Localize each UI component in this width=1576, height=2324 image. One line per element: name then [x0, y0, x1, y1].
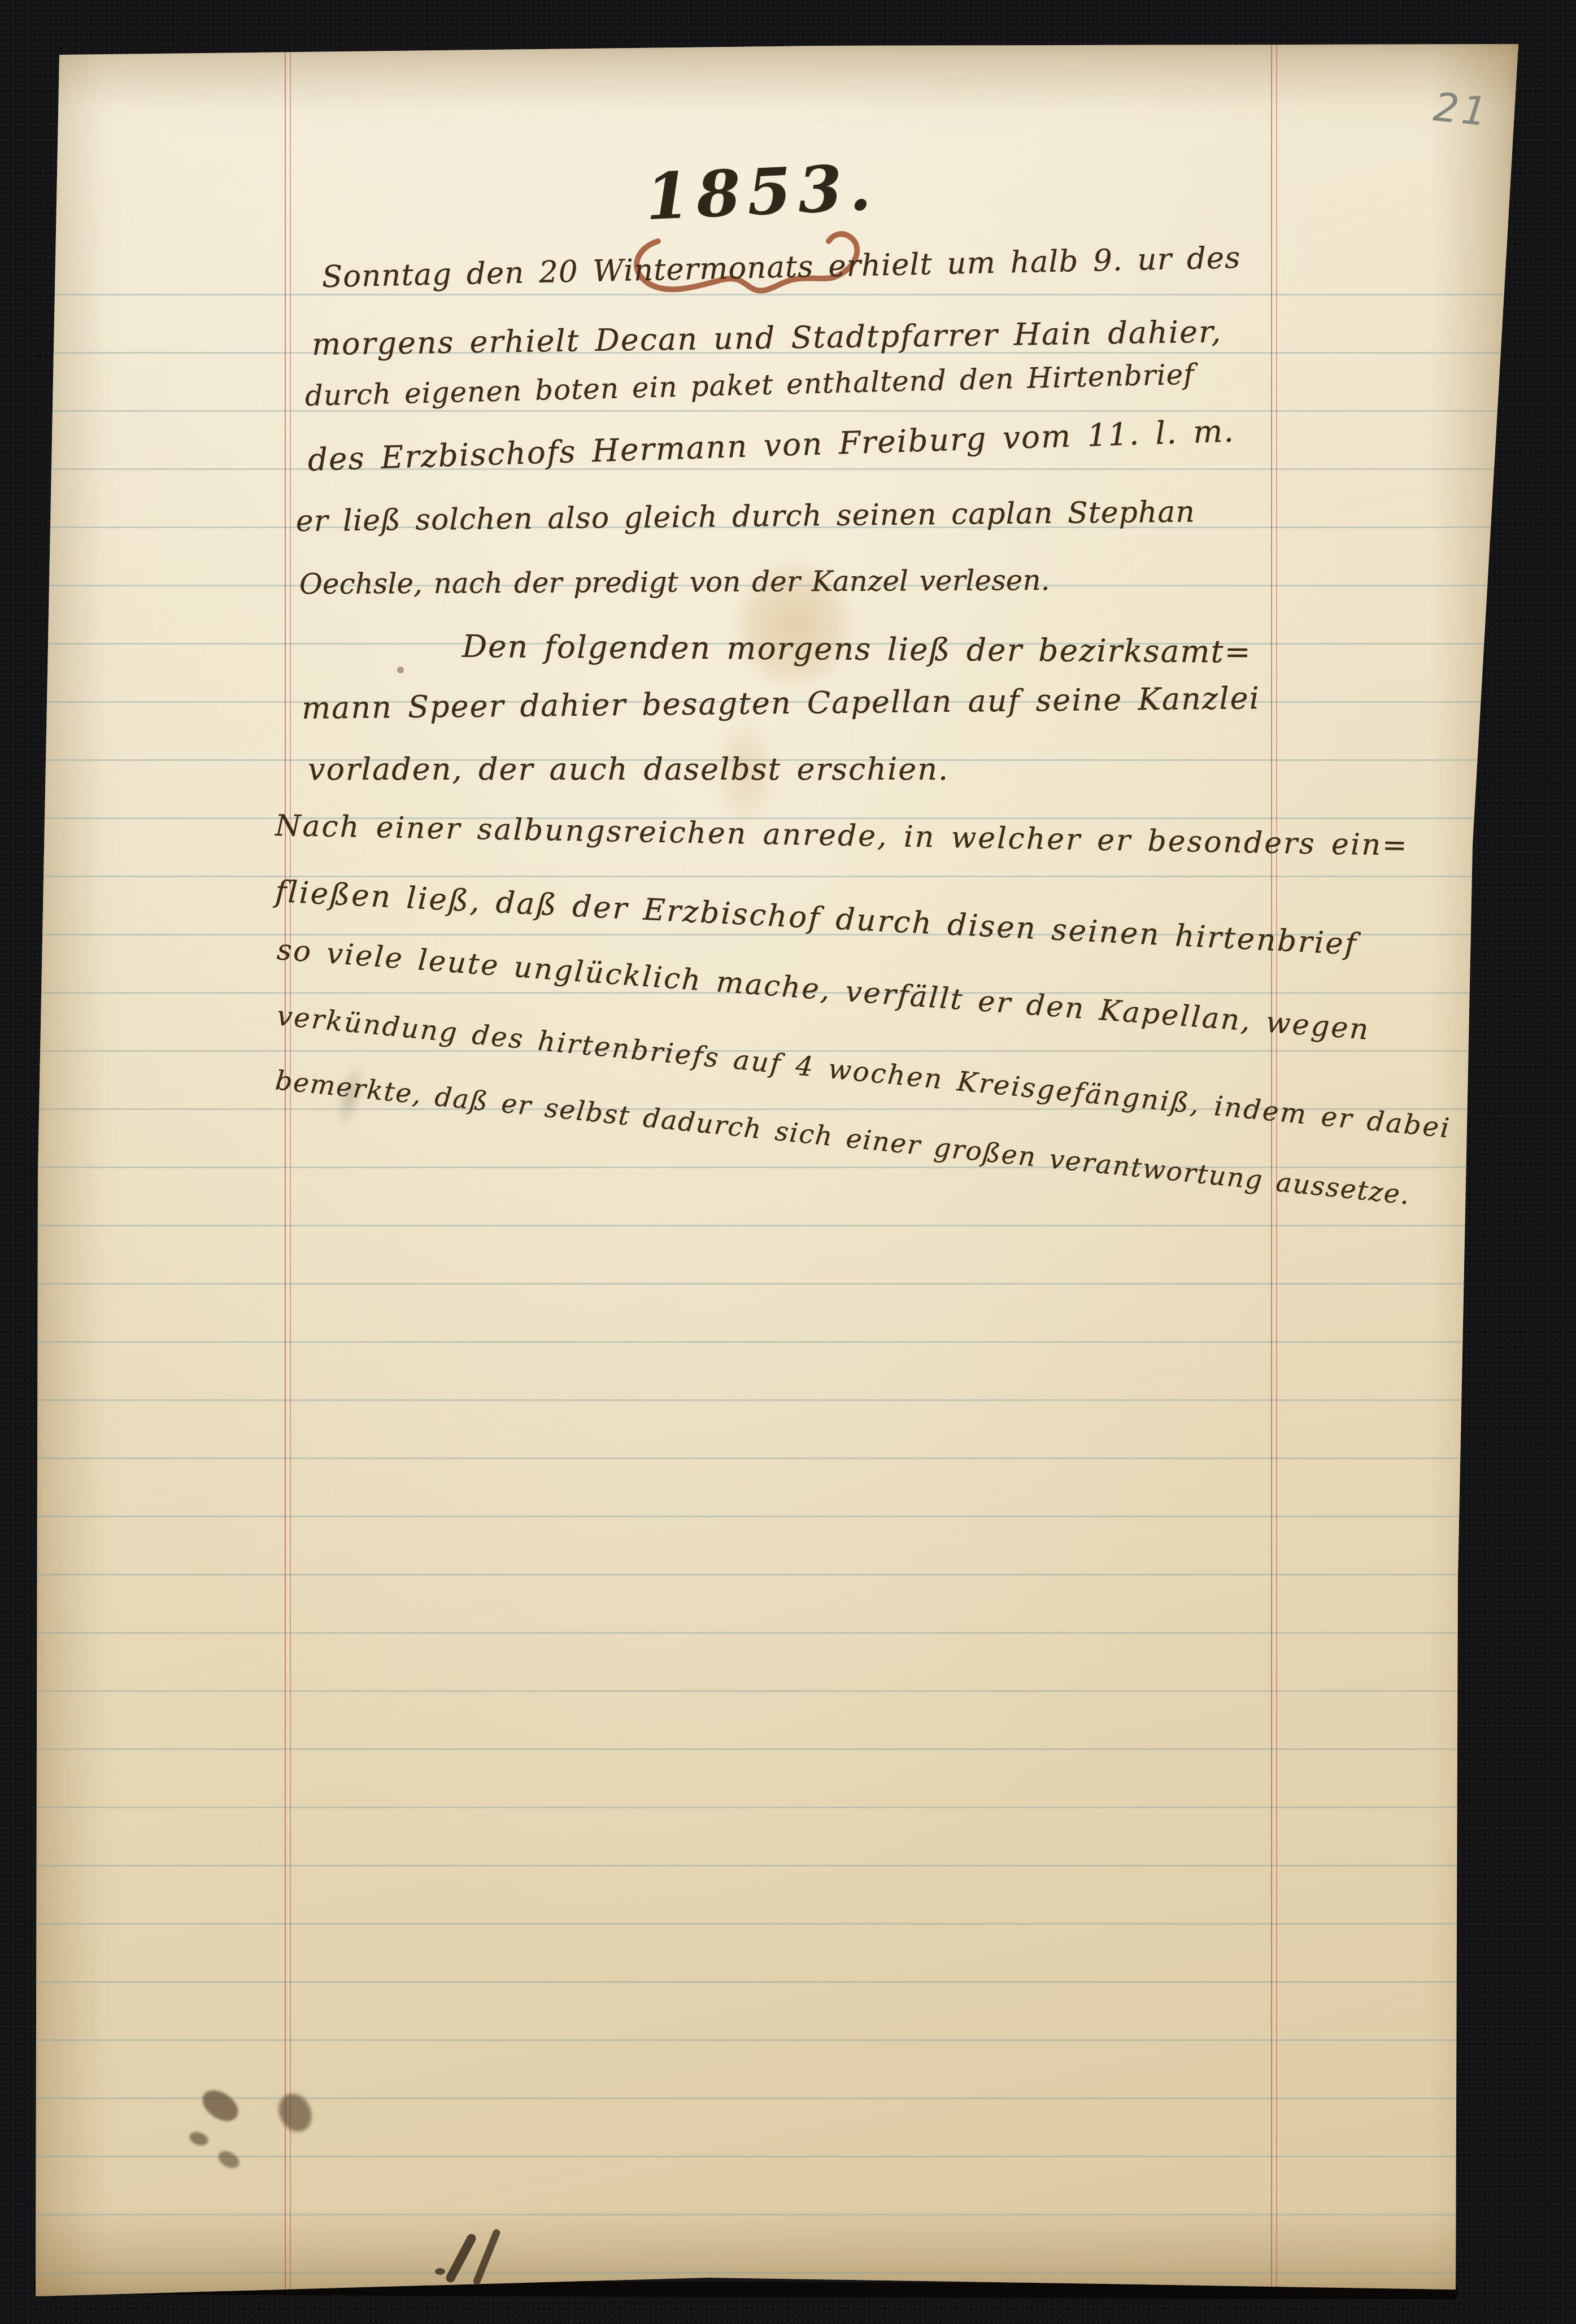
year-heading: 1853.	[644, 150, 879, 234]
handwriting-line-9: vorladen, der auch daselbst erschien.	[308, 751, 949, 787]
handwriting-line-6: Oechsle, nach der predigt von der Kanzel…	[299, 564, 1050, 600]
edge-ink-mark	[435, 2268, 445, 2275]
ink-dot	[397, 667, 404, 673]
manuscript-page: 1853. 21 Sonntag den 20 Wintermonats erh…	[31, 42, 1520, 2298]
page-number: 21	[1431, 84, 1492, 136]
left-margin-line	[285, 42, 291, 2298]
manuscript-scan: 1853. 21 Sonntag den 20 Wintermonats erh…	[0, 0, 1576, 2324]
handwriting-line-7: Den folgenden morgens ließ der bezirksam…	[462, 628, 1252, 670]
